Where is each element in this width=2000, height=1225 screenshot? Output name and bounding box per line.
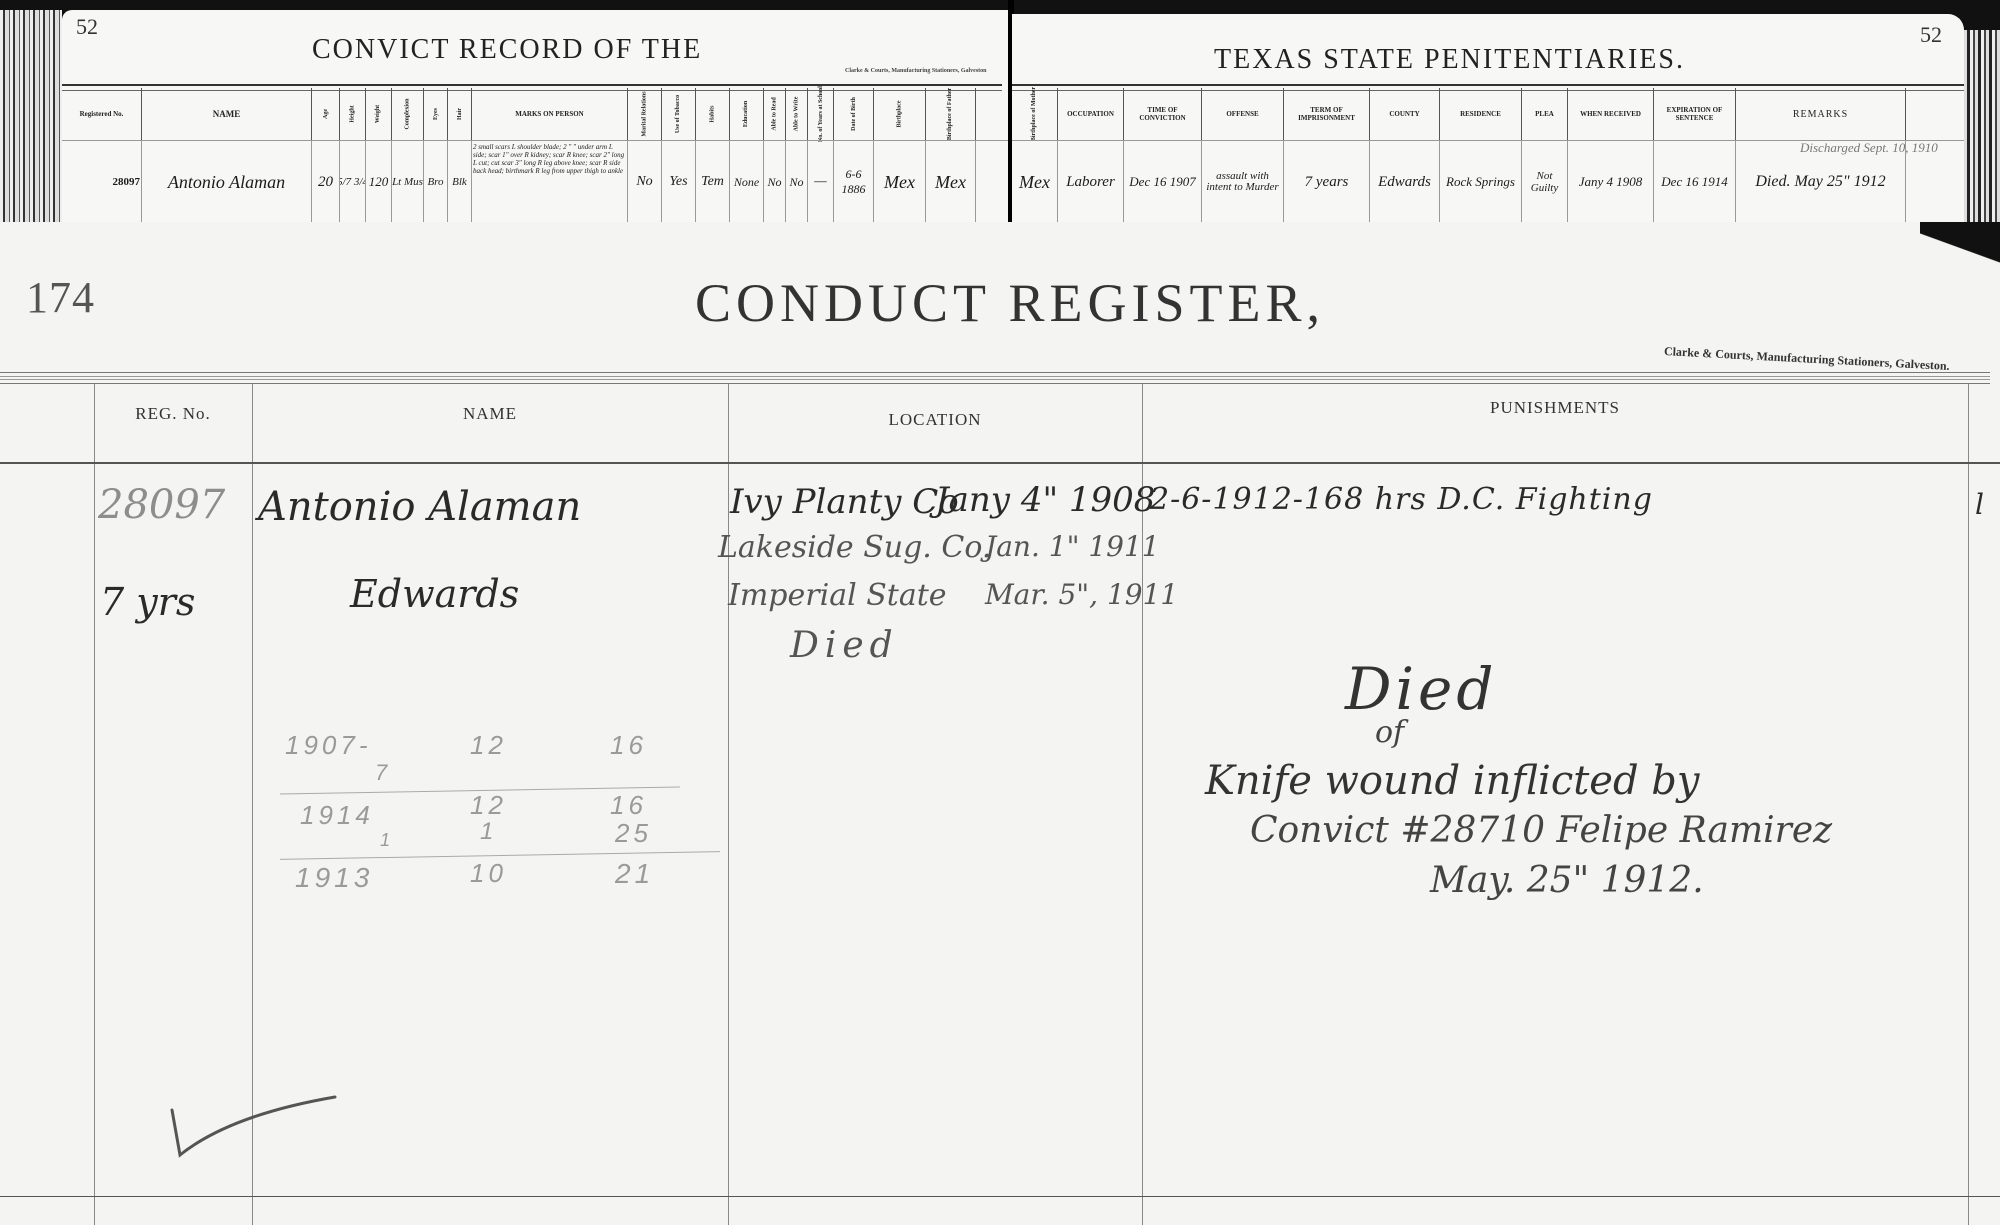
page-curl-shadow [1920, 222, 2000, 282]
cell-registered-no: 28097 [62, 141, 142, 223]
conduct-register-page-number: 174 [26, 272, 95, 323]
column-divider [94, 384, 95, 1225]
location-place: Lakeside Sug. Co. [718, 530, 991, 565]
cell-remarks: Died. May 25" 1912 [1736, 141, 1906, 223]
book-page-edges-left [0, 10, 62, 222]
cell-able-to-read: No [764, 141, 786, 223]
col-reg-no: REG. No. [94, 384, 252, 444]
location-place: Died [790, 625, 899, 666]
location-date: Jany 4" 1908 [935, 480, 1155, 520]
location-date: Jan. 1" 1911 [985, 530, 1160, 563]
col-expiration-of-sentence: EXPIRATION OF SENTENCE [1654, 88, 1736, 140]
cell-county: Edwards [1370, 141, 1440, 223]
col-age: Age [312, 88, 340, 140]
reg-no-value: 28097 [98, 482, 225, 528]
punishment-entry: 2-6-1912-168 hrs D.C. Fighting [1150, 482, 1653, 517]
cell-height: 5/7 3/4 [340, 141, 366, 223]
cell-weight: 120 [366, 141, 392, 223]
cell-complexion: Lt Mus [392, 141, 424, 223]
row-bottom-rule [0, 1196, 2000, 1197]
col-registered-no: Registered No. [62, 88, 142, 140]
cell-use-of-tobacco: Yes [662, 141, 696, 223]
col-education: Education [730, 88, 764, 140]
col-hair: Hair [448, 88, 472, 140]
col-county: COUNTY [1370, 88, 1440, 140]
col-occupation: OCCUPATION [1058, 88, 1124, 140]
location-date: Mar. 5", 1911 [985, 578, 1178, 611]
cell-eyes: Bro [424, 141, 448, 223]
check-mark-icon [170, 1095, 340, 1175]
conduct-register-title: CONDUCT REGISTER, [695, 272, 1325, 334]
convict-record-strip: 52 52 CONVICT RECORD OF THE TEXAS STATE … [0, 0, 2000, 222]
cell-habits: Tem [696, 141, 730, 223]
col-height: Height [340, 88, 366, 140]
cell-marital-relations: No [628, 141, 662, 223]
location-place: Ivy Planty Co [730, 482, 959, 522]
col-birthplace-of-mother: Birthplace of Mother [1012, 88, 1058, 140]
cell-hair: Blk [448, 141, 472, 223]
col-term-of-imprisonment: TERM OF IMPRISONMENT [1284, 88, 1370, 140]
cell-when-received: Jany 4 1908 [1568, 141, 1654, 223]
col-marital-relations: Marital Relations [628, 88, 662, 140]
cell-plea: Not Guilty [1522, 141, 1568, 223]
col-when-received: WHEN RECEIVED [1568, 88, 1654, 140]
cell-occupation: Laborer [1058, 141, 1124, 223]
col-residence: RESIDENCE [1440, 88, 1522, 140]
col-time-of-conviction: TIME OF CONVICTION [1124, 88, 1202, 140]
col-marks-on-person: MARKS ON PERSON [472, 88, 628, 140]
col-complexion: Complexion [392, 88, 424, 140]
cell-term-of-imprisonment: 7 years [1284, 141, 1370, 223]
col-offense: OFFENSE [1202, 88, 1284, 140]
margin-mark: l [1975, 488, 1984, 521]
cell-age: 20 [312, 141, 340, 223]
cell-residence: Rock Springs [1440, 141, 1522, 223]
col-able-to-read: Able to Read [764, 88, 786, 140]
cell-offense: assault with intent to Murder [1202, 141, 1284, 223]
county-name: Edwards [350, 572, 519, 616]
convict-record-row-right: Mex Laborer Dec 16 1907 assault with int… [1012, 140, 1964, 223]
cell-able-to-write: No [786, 141, 808, 223]
cell-birthplace-of-mother: Mex [1012, 141, 1058, 223]
cell-expiration-of-sentence: Dec 16 1914 [1654, 141, 1736, 223]
cell-birthplace-of-father: Mex [926, 141, 976, 223]
convict-record-header-right: Birthplace of Mother OCCUPATION TIME OF … [1012, 88, 1964, 140]
col-use-of-tobacco: Use of Tobacco [662, 88, 696, 140]
col-years-at-school: No. of Years at School [808, 88, 834, 140]
col-name: NAME [252, 384, 728, 444]
conduct-register-header: REG. No. NAME LOCATION PUNISHMENTS [0, 384, 2000, 444]
convict-record-header-left: Registered No. NAME Age Height Weight Co… [62, 88, 1008, 140]
col-remarks: REMARKS [1736, 88, 1906, 140]
col-location: LOCATION [728, 390, 1142, 450]
col-date-of-birth: Date of Birth [834, 88, 874, 140]
cell-time-of-conviction: Dec 16 1907 [1124, 141, 1202, 223]
term-value: 7 yrs [100, 580, 195, 624]
col-plea: PLEA [1522, 88, 1568, 140]
convict-record-page-number-right: 52 [1920, 22, 1942, 48]
cell-education: None [730, 141, 764, 223]
col-name: NAME [142, 88, 312, 140]
col-weight: Weight [366, 88, 392, 140]
cell-name: Antonio Alaman [142, 141, 312, 223]
column-divider [728, 384, 729, 1225]
convict-record-title-left: CONVICT RECORD OF THE [312, 34, 702, 66]
cell-date-of-birth: 6-6 1886 [834, 141, 874, 223]
convict-record-printer-imprint: Clarke & Courts, Manufacturing Stationer… [845, 68, 987, 74]
convict-record-page-number-left: 52 [76, 14, 98, 40]
header-bottom-rule [0, 462, 2000, 464]
convict-record-title-right: TEXAS STATE PENITENTIARIES. [1214, 44, 1685, 76]
column-divider [1968, 384, 1969, 1225]
location-place: Imperial State [728, 578, 947, 613]
convict-record-row-left: 28097 Antonio Alaman 20 5/7 3/4 120 Lt M… [62, 140, 1008, 223]
col-birthplace-of-father: Birthplace of Father [926, 88, 976, 140]
col-punishments: PUNISHMENTS [1142, 378, 1968, 438]
col-birthplace: Birthplace [874, 88, 926, 140]
cell-birthplace: Mex [874, 141, 926, 223]
col-able-to-write: Able to Write [786, 88, 808, 140]
inmate-name: Antonio Alaman [258, 484, 581, 530]
col-habits: Habits [696, 88, 730, 140]
book-page-edges-right [1964, 30, 2000, 222]
cell-years-at-school: — [808, 141, 834, 223]
cell-marks-on-person: 2 small scars L shoulder blade; 2 " " un… [472, 141, 628, 223]
col-eyes: Eyes [424, 88, 448, 140]
